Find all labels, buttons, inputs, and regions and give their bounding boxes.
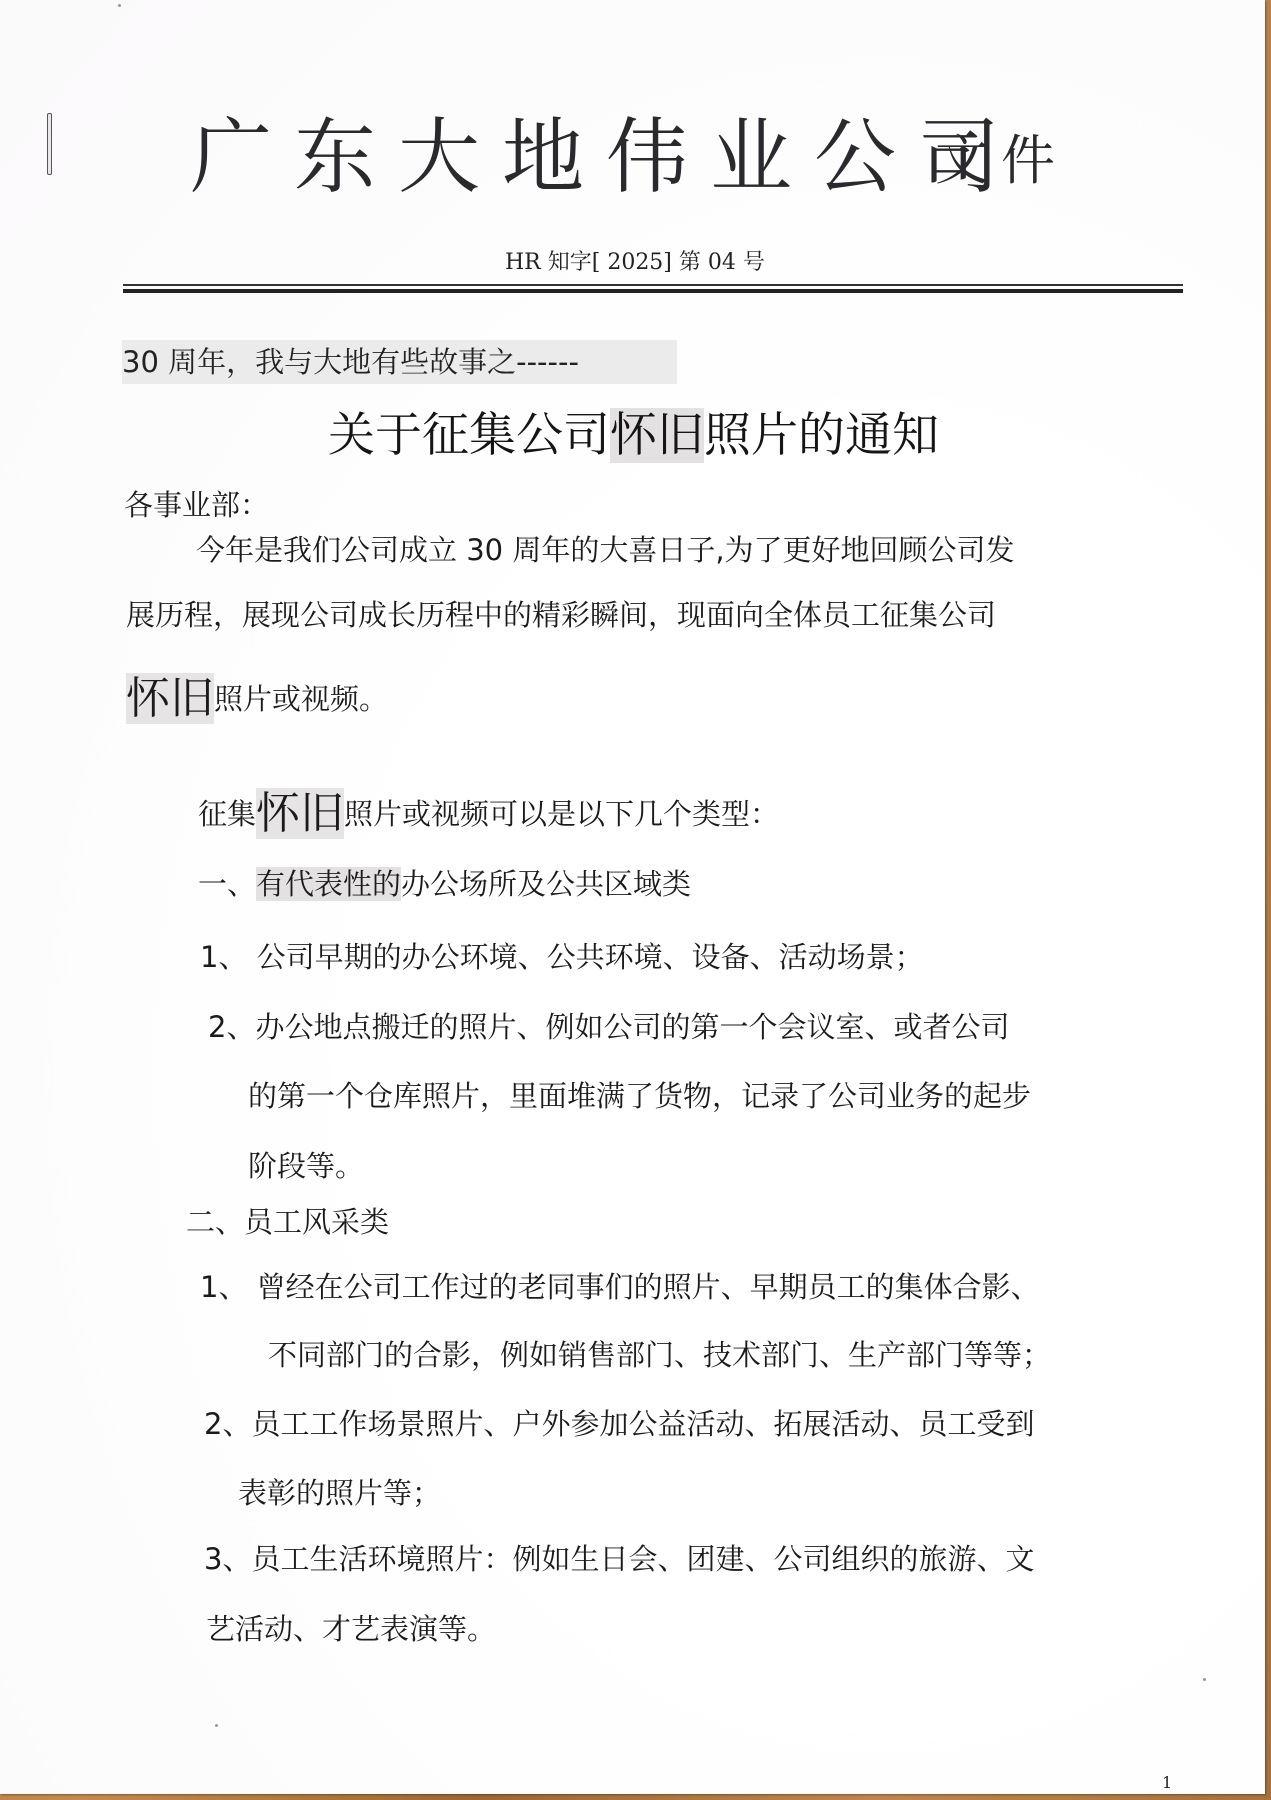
notice-title-highlight: 怀旧 [610,408,704,463]
section-1-prefix: 一、 [198,867,256,901]
section-1-item-1: 1、 公司早期的办公环境、公共环境、设备、活动场景； [200,935,924,976]
section-2-item-2-line-1: 2、员工工作场景照片、户外参加公益活动、拓展活动、员工受到 [204,1402,1034,1443]
section-1-item-2-line-3: 阶段等。 [248,1144,364,1185]
paper-speck [215,1724,218,1727]
types-intro-highlight: 怀旧 [256,788,344,839]
section-2-prefix: 二、 [186,1205,244,1239]
section-2-heading: 二、员工风采类 [186,1200,389,1241]
notice-title-after: 照片的通知 [704,408,939,463]
intro-line-2: 展历程，展现公司成长历程中的精彩瞬间，现面向全体员工征集公司 [126,593,996,634]
salutation: 各事业部： [124,483,269,524]
section-1-highlight: 有代表性的 [256,867,401,901]
tagline: 30 周年，我与大地有些故事之------ [122,340,677,384]
document-page: 广东大地伟业公司 文件 HR 知字[ 2025] 第 04 号 30 周年，我与… [0,0,1265,1794]
header-rule-thin [123,284,1183,286]
types-intro-after: 照片或视频可以是以下几个类型： [344,797,779,831]
page-number: 1 [1162,1773,1172,1792]
types-intro: 征集怀旧照片或视频可以是以下几个类型： [198,777,779,841]
intro-highlight: 怀旧 [126,673,214,724]
paper-speck [1203,1678,1206,1681]
section-2-item-1-line-2: 不同部门的合影，例如销售部门、技术部门、生产部门等等； [268,1333,1051,1374]
staple-icon [47,113,52,175]
notice-title: 关于征集公司怀旧照片的通知 [328,398,939,465]
paper-speck [118,4,121,7]
section-2-item-3-line-2: 艺活动、才艺表演等。 [206,1607,496,1648]
section-2-rest: 员工风采类 [244,1205,389,1239]
title-suffix: 文件 [935,118,1067,195]
intro-line-3: 怀旧照片或视频。 [126,662,388,726]
intro-line-1: 今年是我们公司成立 30 周年的大喜日子,为了更好地回顾公司发 [196,528,1015,569]
section-1-item-2-line-1: 2、办公地点搬迁的照片、例如公司的第一个会议室、或者公司 [208,1005,1009,1046]
section-1-heading: 一、有代表性的办公场所及公共区域类 [198,862,691,903]
notice-title-before: 关于征集公司 [328,408,610,463]
company-title: 广东大地伟业公司 [190,92,1022,209]
header-rule-thick [123,289,1183,293]
section-1-item-2-line-2: 的第一个仓库照片，里面堆满了货物，记录了公司业务的起步 [248,1074,1031,1115]
document-number: HR 知字[ 2025] 第 04 号 [505,245,765,276]
types-intro-before: 征集 [198,797,256,831]
section-1-rest: 办公场所及公共区域类 [401,867,691,901]
section-2-item-3-line-1: 3、员工生活环境照片：例如生日会、团建、公司组织的旅游、文 [204,1537,1034,1578]
intro-line-3-rest: 照片或视频。 [214,682,388,716]
section-2-item-1-line-1: 1、 曾经在公司工作过的老同事们的照片、早期员工的集体合影、 [200,1265,1040,1306]
section-2-item-2-line-2: 表彰的照片等； [238,1471,441,1512]
